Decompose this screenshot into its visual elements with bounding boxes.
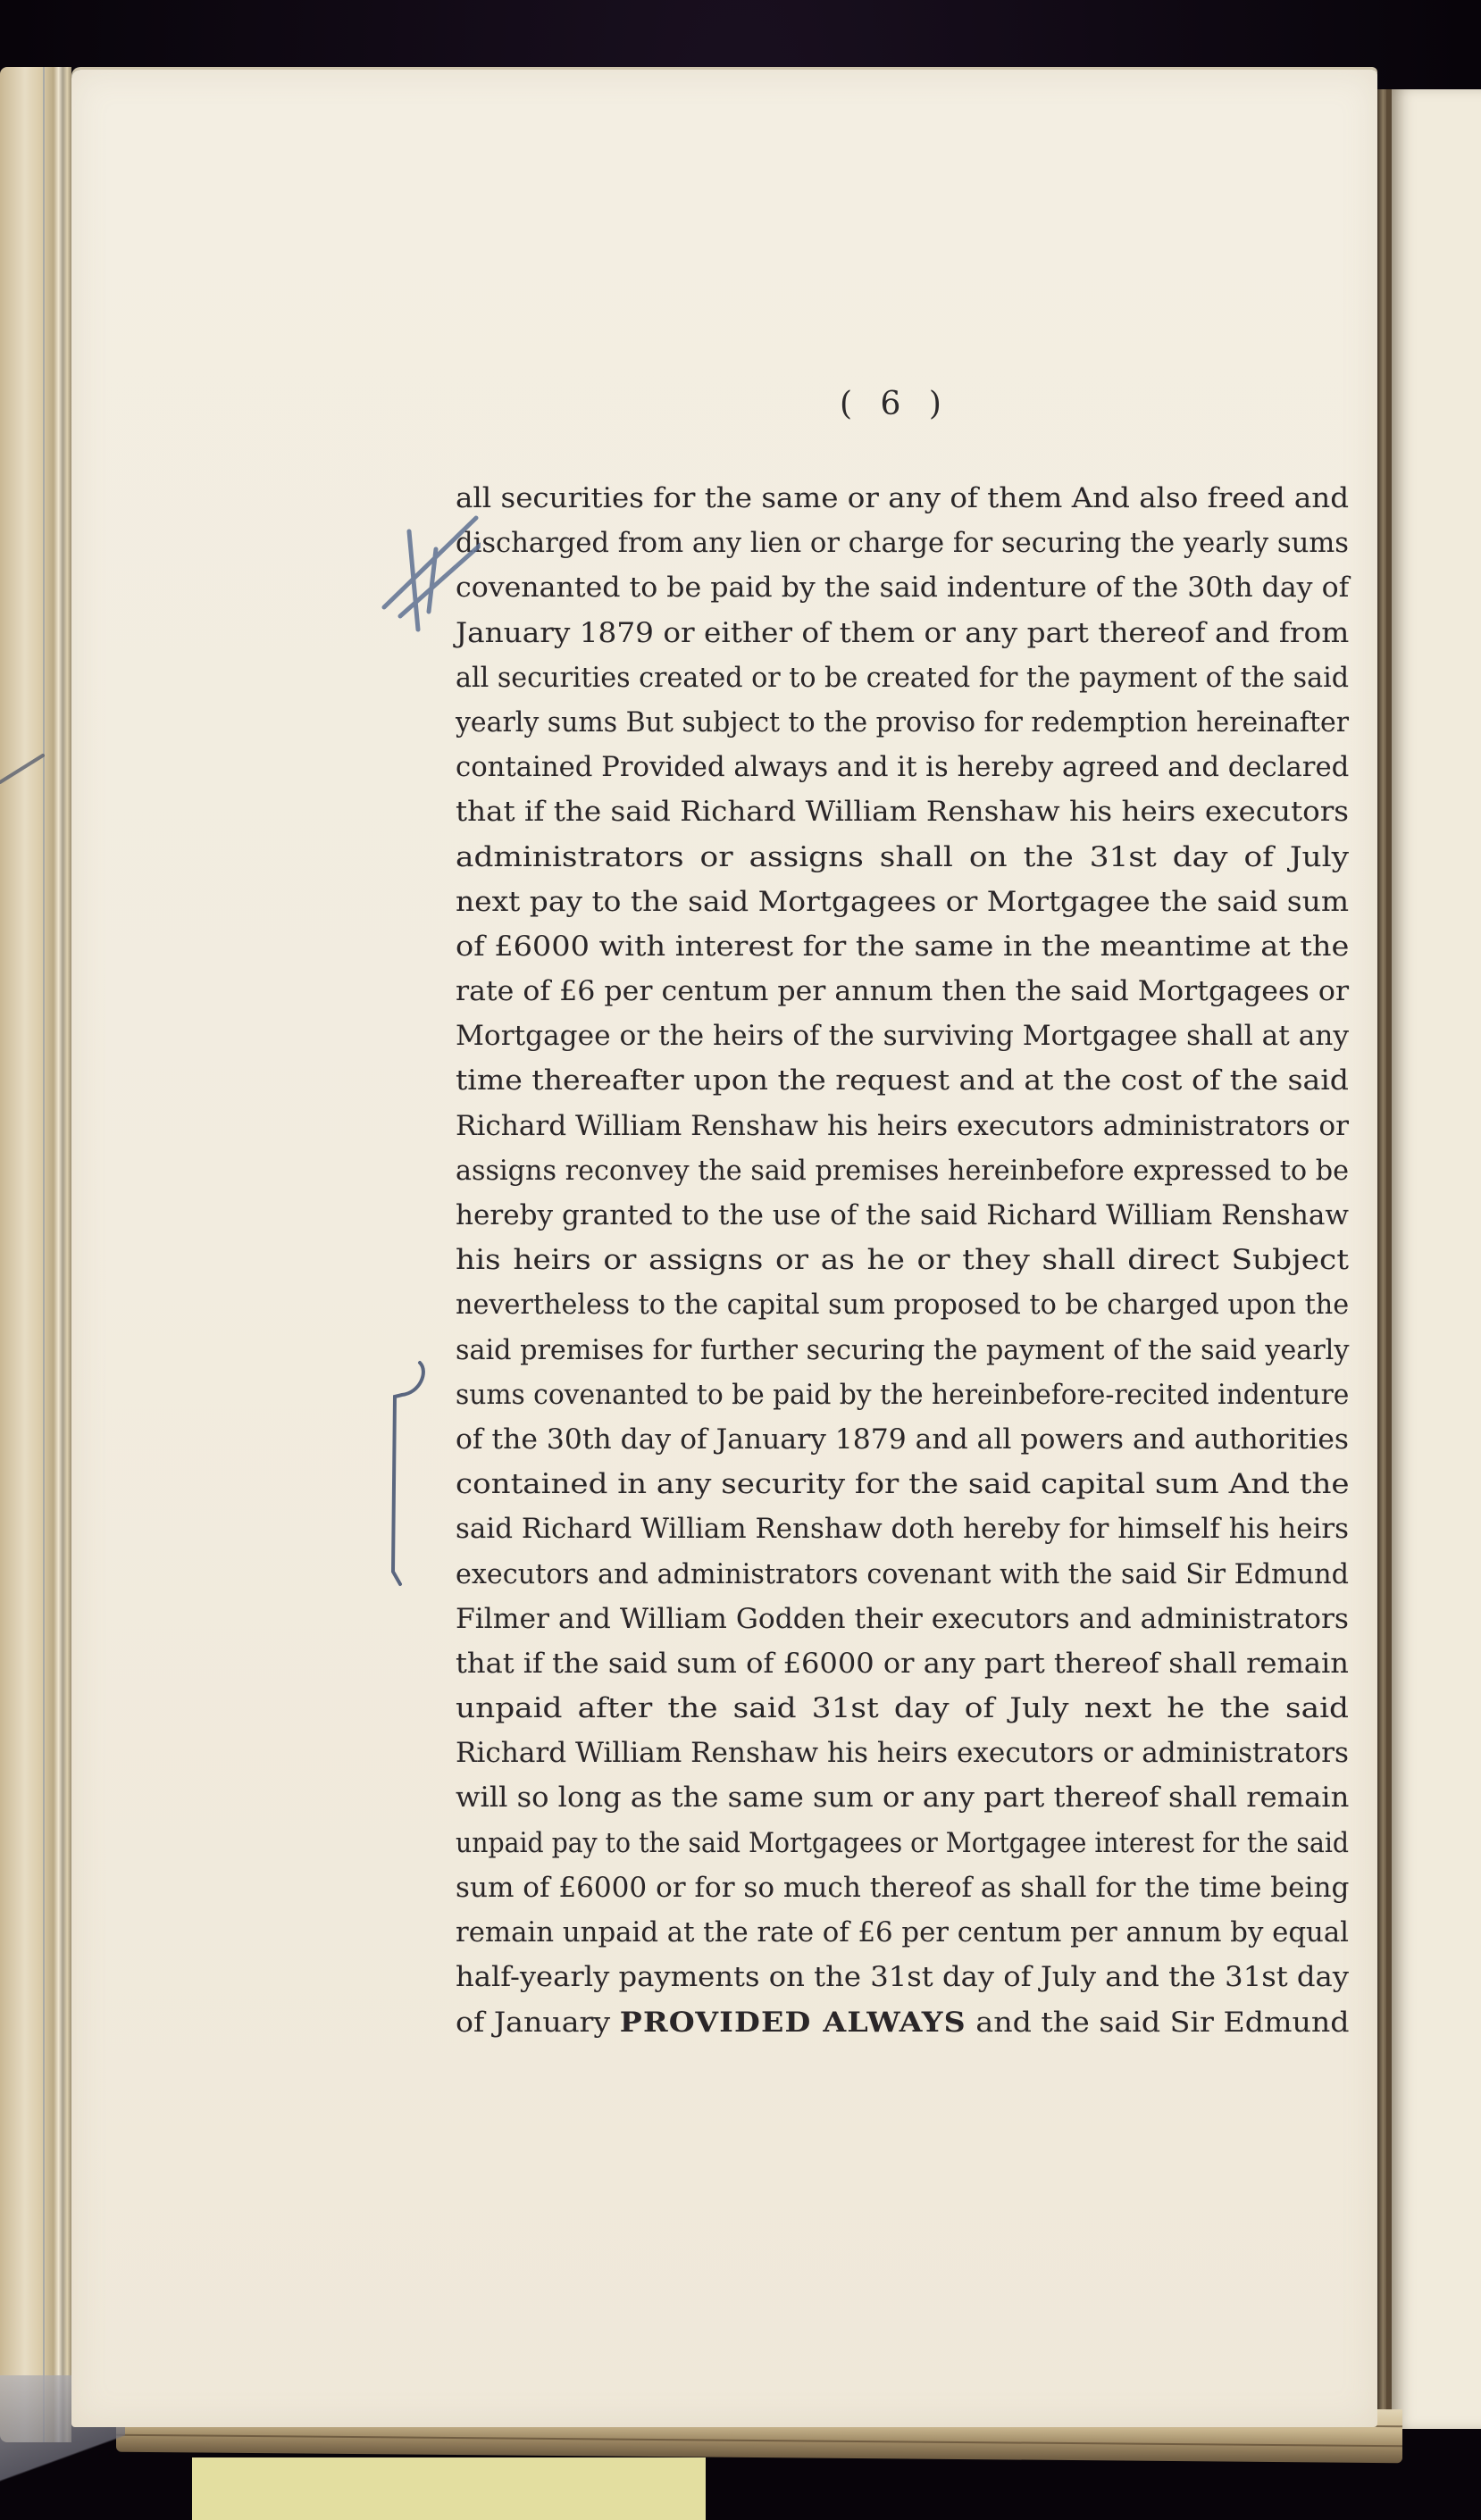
text-line: time thereafter upon the request and at … [456,1059,1349,1104]
text-line: all securities created or to be created … [456,656,1349,701]
text-line: covenanted to be paid by the said indent… [456,566,1349,611]
text-line: sum of £6000 or for so much thereof as s… [456,1866,1349,1911]
text-line: Richard William Renshaw his heirs execut… [456,1731,1349,1776]
text-line: next pay to the said Mortgagees or Mortg… [456,880,1349,925]
text-line: said premises for further securing the p… [456,1329,1349,1373]
text-line: nevertheless to the capital sum proposed… [456,1283,1349,1328]
text-line: all securities for the same or any of th… [456,477,1349,522]
provided-always-heading: PROVIDED ALWAYS [620,2007,966,2039]
page-number: ( 6 ) [840,386,950,422]
text-line: discharged from any lien or charge for s… [456,522,1349,566]
text-line: unpaid pay to the said Mortgagees or Mor… [456,1822,1349,1866]
text-line: said Richard William Renshaw doth hereby… [456,1507,1349,1552]
text-line: of the 30th day of January 1879 and all … [456,1418,1349,1463]
text-line: will so long as the same sum or any part… [456,1776,1349,1821]
text-line: half-yearly payments on the 31st day of … [456,1956,1349,2000]
text-line: executors and administrators covenant wi… [456,1553,1349,1598]
text-line: contained in any security for the said c… [456,1463,1349,1507]
text-line: rate of £6 per centum per annum then the… [456,970,1349,1014]
text-line: hereby granted to the use of the said Ri… [456,1194,1349,1239]
text-line: Filmer and William Godden their executor… [456,1598,1349,1642]
text-line: Mortgagee or the heirs of the surviving … [456,1014,1349,1059]
text-line: unpaid after the said 31st day of July n… [456,1687,1349,1731]
text-line: remain unpaid at the rate of £6 per cent… [456,1911,1349,1956]
text-line: contained Provided always and it is here… [456,746,1349,790]
text-line: yearly sums But subject to the proviso f… [456,701,1349,746]
text-line: sums covenanted to be paid by the herein… [456,1373,1349,1418]
text-line: Richard William Renshaw his heirs execut… [456,1105,1349,1149]
text-line: that if the said Richard William Renshaw… [456,790,1349,835]
body-text: all securities for the same or any of th… [456,477,1349,2046]
next-page-edge [1386,89,1481,2429]
text-line: administrators or assigns shall on the 3… [456,836,1349,880]
text-fragment: and the said Sir Edmund [966,2007,1350,2039]
text-line: that if the said sum of £6000 or any par… [456,1642,1349,1687]
paper-tab-strip [192,2457,706,2520]
text-fragment: of January [456,2007,620,2039]
text-line: of £6000 with interest for the same in t… [456,925,1349,970]
text-line: of January PROVIDED ALWAYS and the said … [456,2000,1349,2045]
left-page-stack-edge [0,67,71,2442]
text-line: his heirs or assigns or as he or they sh… [456,1239,1349,1283]
text-line: assigns reconvey the said premises herei… [456,1149,1349,1194]
text-line: January 1879 or either of them or any pa… [456,612,1349,656]
